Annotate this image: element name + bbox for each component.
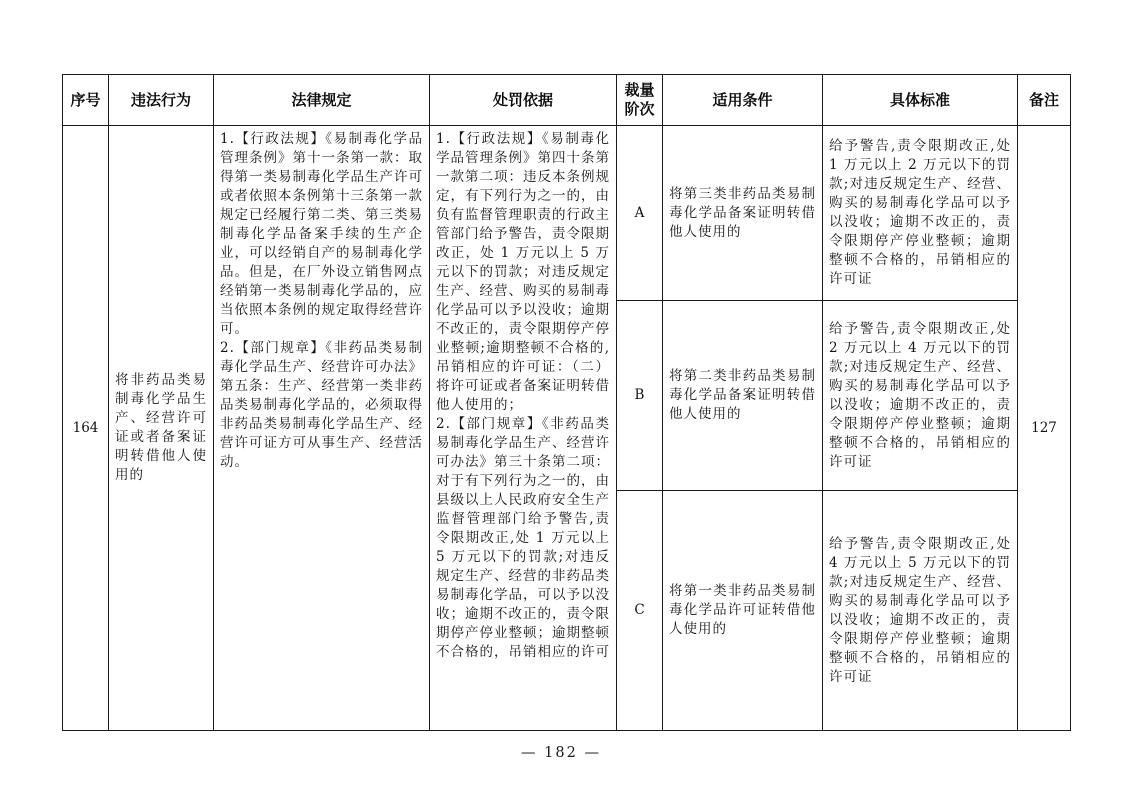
cell-standard-b: 给予警告,责令限期改正,处 2 万元以上 4 万元以下的罚款;对违反规定生产、经… [823, 301, 1018, 491]
cell-condition-c: 将第一类非药品类易制毒化学品许可证转借他人使用的 [663, 491, 823, 731]
cell-tier-level-a: A [617, 126, 663, 301]
header-remark: 备注 [1018, 75, 1071, 126]
table-header-row: 序号 违法行为 法律规定 处罚依据 裁量阶次 适用条件 具体标准 备注 [63, 75, 1071, 126]
cell-standard-c: 给予警告,责令限期改正,处 4 万元以上 5 万元以下的罚款;对违反规定生产、经… [823, 491, 1018, 731]
table-row-tier-a: 164 将非药品类易制毒化学品生产、经营许可证或者备案证明转借他人使用的 1.【… [63, 126, 1071, 301]
cell-serial-number: 164 [63, 126, 109, 731]
document-page: 序号 违法行为 法律规定 处罚依据 裁量阶次 适用条件 具体标准 备注 164 … [0, 0, 1122, 793]
cell-penalty-basis: 1.【行政法规】《易制毒化学品管理条例》第四十条第一款第二项：违反本条例规定，有… [430, 126, 617, 731]
header-applicable-condition: 适用条件 [663, 75, 823, 126]
cell-tier-level-c: C [617, 491, 663, 731]
cell-tier-level-b: B [617, 301, 663, 491]
header-penalty-basis: 处罚依据 [430, 75, 617, 126]
penalty-discretion-table: 序号 违法行为 法律规定 处罚依据 裁量阶次 适用条件 具体标准 备注 164 … [62, 74, 1071, 731]
cell-condition-b: 将第二类非药品类易制毒化学品备案证明转借他人使用的 [663, 301, 823, 491]
header-discretion-tier: 裁量阶次 [617, 75, 663, 126]
cell-legal-provision: 1.【行政法规】《易制毒化学品管理条例》第十一条第一款：取得第一类易制毒化学品生… [214, 126, 430, 731]
cell-condition-a: 将第三类非药品类易制毒化学品备案证明转借他人使用的 [663, 126, 823, 301]
header-legal-provision: 法律规定 [214, 75, 430, 126]
cell-remark: 127 [1018, 126, 1071, 731]
header-serial: 序号 [63, 75, 109, 126]
header-specific-standard: 具体标准 [823, 75, 1018, 126]
page-number: — 182 — [0, 745, 1122, 761]
cell-illegal-act: 将非药品类易制毒化学品生产、经营许可证或者备案证明转借他人使用的 [109, 126, 214, 731]
header-illegal-act: 违法行为 [109, 75, 214, 126]
cell-standard-a: 给予警告,责令限期改正,处 1 万元以上 2 万元以下的罚款;对违反规定生产、经… [823, 126, 1018, 301]
